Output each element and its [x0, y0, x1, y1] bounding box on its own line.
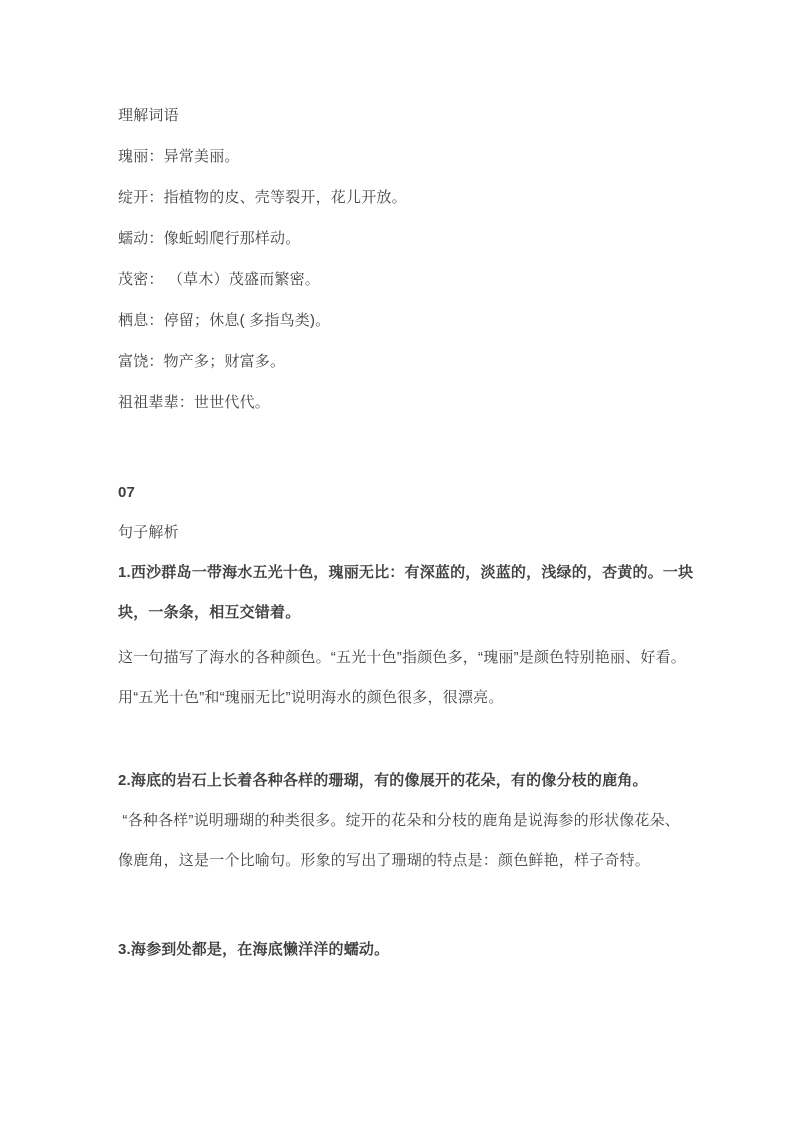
sentence-2: 2.海底的岩石上长着各种各样的珊瑚，有的像展开的花朵，有的像分枝的鹿角。	[118, 761, 694, 801]
document-page: 理解词语 瑰丽：异常美丽。 绽开：指植物的皮、壳等裂开，花儿开放。 蠕动：像蚯蚓…	[0, 0, 793, 1122]
vocab-entry-rudong: 蠕动：像蚯蚓爬行那样动。	[118, 218, 694, 259]
vocab-entry-guili: 瑰丽：异常美丽。	[118, 136, 694, 177]
sentence-1: 1.西沙群岛一带海水五光十色，瑰丽无比：有深蓝的，淡蓝的，浅绿的，杏黄的。一块块…	[118, 553, 694, 633]
vocab-entry-zuzubeibei: 祖祖辈辈：世世代代。	[118, 382, 694, 423]
vocab-heading: 理解词语	[118, 95, 694, 136]
analysis-2: “各种各样”说明珊瑚的种类很多。绽开的花朵和分枝的鹿角是说海参的形状像花朵、像鹿…	[118, 801, 694, 881]
section-heading: 句子解析	[118, 513, 694, 553]
sentence-3: 3.海参到处都是，在海底懒洋洋的蠕动。	[118, 930, 694, 970]
document-content: 理解词语 瑰丽：异常美丽。 绽开：指植物的皮、壳等裂开，花儿开放。 蠕动：像蚯蚓…	[0, 0, 694, 970]
vocab-entry-zhankai: 绽开：指植物的皮、壳等裂开，花儿开放。	[118, 177, 694, 218]
vocab-entry-maomi: 茂密： （草木）茂盛而繁密。	[118, 259, 694, 300]
vocab-entry-furao: 富饶：物产多；财富多。	[118, 341, 694, 382]
vocab-entry-qixi: 栖息：停留；休息( 多指鸟类)。	[118, 300, 694, 341]
analysis-1: 这一句描写了海水的各种颜色。“五光十色”指颜色多，“瑰丽”是颜色特别艳丽、好看。…	[118, 638, 694, 718]
section-number: 07	[118, 473, 694, 513]
